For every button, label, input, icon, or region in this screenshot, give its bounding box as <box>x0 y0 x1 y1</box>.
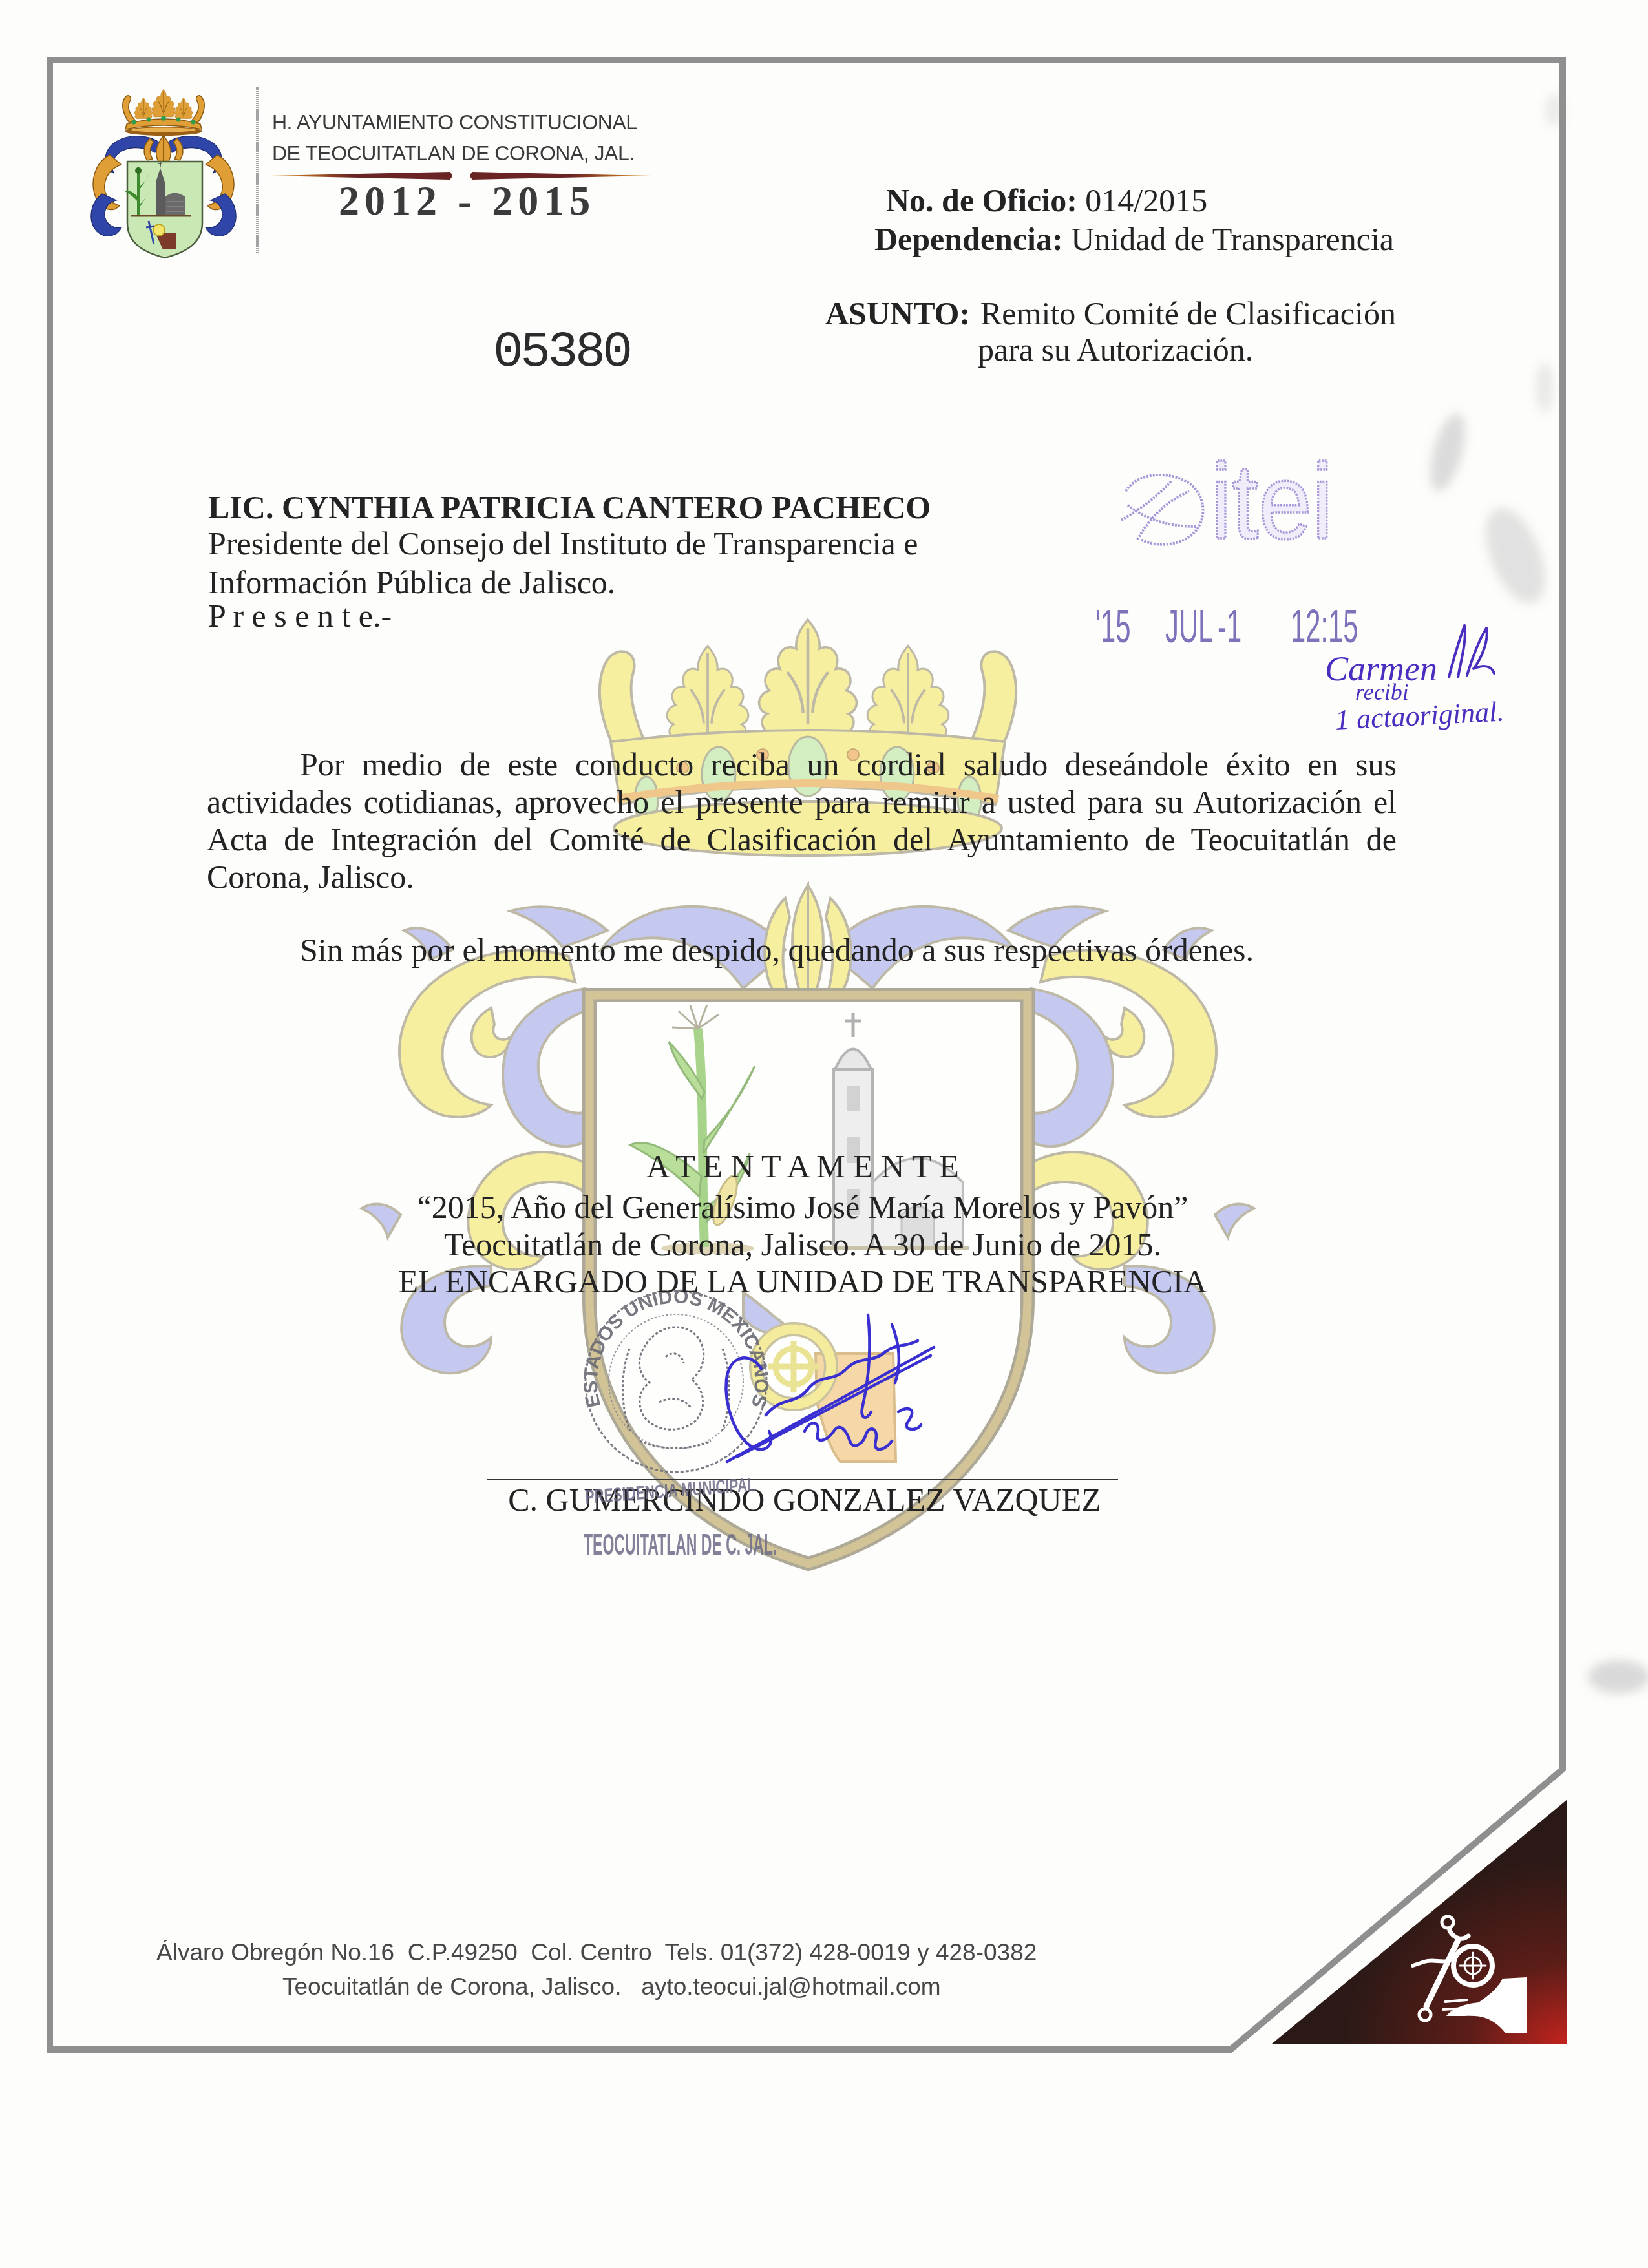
seal-municipality-text: TEOCUITATLAN DE C. JAL. <box>584 1529 777 1559</box>
page-artwork: ESTADOS UNIDOS MEXICANOS <box>0 0 1648 2268</box>
itei-globe-icon <box>1121 475 1203 545</box>
coat-of-arms-icon <box>91 89 236 258</box>
recipient-title-line2: Información Pública de Jalisco. <box>208 563 615 602</box>
recipient-name: LIC. CYNTHIA PATRICIA CANTERO PACHECO <box>208 488 931 527</box>
receipt-stamp-time: 12:15 <box>1291 604 1358 650</box>
dependencia-value: Unidad de Transparencia <box>1063 221 1394 257</box>
administration-term: 2012 - 2015 <box>339 178 595 224</box>
dependencia: Dependencia: Unidad de Transparencia <box>874 220 1394 258</box>
oficio-label: No. de Oficio: <box>886 182 1077 218</box>
body-paragraph2: Sin más por el momento me despido, queda… <box>300 930 1254 969</box>
receipt-stamp-year: '15 <box>1095 604 1130 650</box>
receipt-stamp-day: -1 <box>1218 604 1241 650</box>
closing-motto: “2015, Año del Generalísimo José María M… <box>350 1188 1255 1226</box>
asunto-line2: para su Autorización. <box>978 330 1253 369</box>
oficio-number: No. de Oficio: 014/2015 <box>886 181 1207 220</box>
footer-address: Álvaro Obregón No.16 C.P.49250 Col. Cent… <box>156 1938 1037 1967</box>
body-paragraph1-line3: Acta de Integración del Comité de Clasif… <box>207 820 1397 859</box>
footer-city-email: Teocuitatlán de Corona, Jalisco. ayto.te… <box>282 1973 941 2001</box>
itei-stamp-text: itei <box>1210 443 1333 562</box>
body-paragraph1-line2: actividades cotidianas, aprovecho el pre… <box>207 782 1397 821</box>
signer-role: EL ENCARGADO DE LA UNIDAD DE TRANSPARENC… <box>350 1262 1255 1301</box>
letter-page: ESTADOS UNIDOS MEXICANOS <box>0 0 1648 2268</box>
closing-attentively: A T E N T A M E N T E <box>350 1147 1255 1186</box>
salutation: P r e s e n t e.- <box>208 596 392 635</box>
closing-place-date: Teocuitatlán de Corona, Jalisco. A 30 de… <box>350 1225 1255 1264</box>
oficio-value: 014/2015 <box>1077 182 1207 218</box>
body-paragraph1-line4: Corona, Jalisco. <box>207 857 414 896</box>
receipt-stamp-month: JUL <box>1165 604 1213 650</box>
scan-smudges <box>1424 93 1648 1694</box>
handwritten-received: recibi <box>1355 680 1409 704</box>
org-name-line2: DE TEOCUITATLAN DE CORONA, JAL. <box>272 141 635 165</box>
recipient-title-line1: Presidente del Consejo del Instituto de … <box>208 524 918 563</box>
org-name-line1: H. AYUNTAMIENTO CONSTITUCIONAL <box>272 110 637 134</box>
asunto-label: ASUNTO: <box>825 294 970 333</box>
dependencia-label: Dependencia: <box>874 221 1063 257</box>
body-paragraph1-line1: Por medio de este conducto reciba un cor… <box>300 745 1397 784</box>
asunto-line1: Remito Comité de Clasificación <box>980 294 1396 333</box>
signer-name: C. GUMERCINDO GONZALEZ VAZQUEZ <box>352 1480 1257 1519</box>
corner-emblem <box>1272 1800 1567 2044</box>
folio-stamp: 05380 <box>493 328 630 378</box>
